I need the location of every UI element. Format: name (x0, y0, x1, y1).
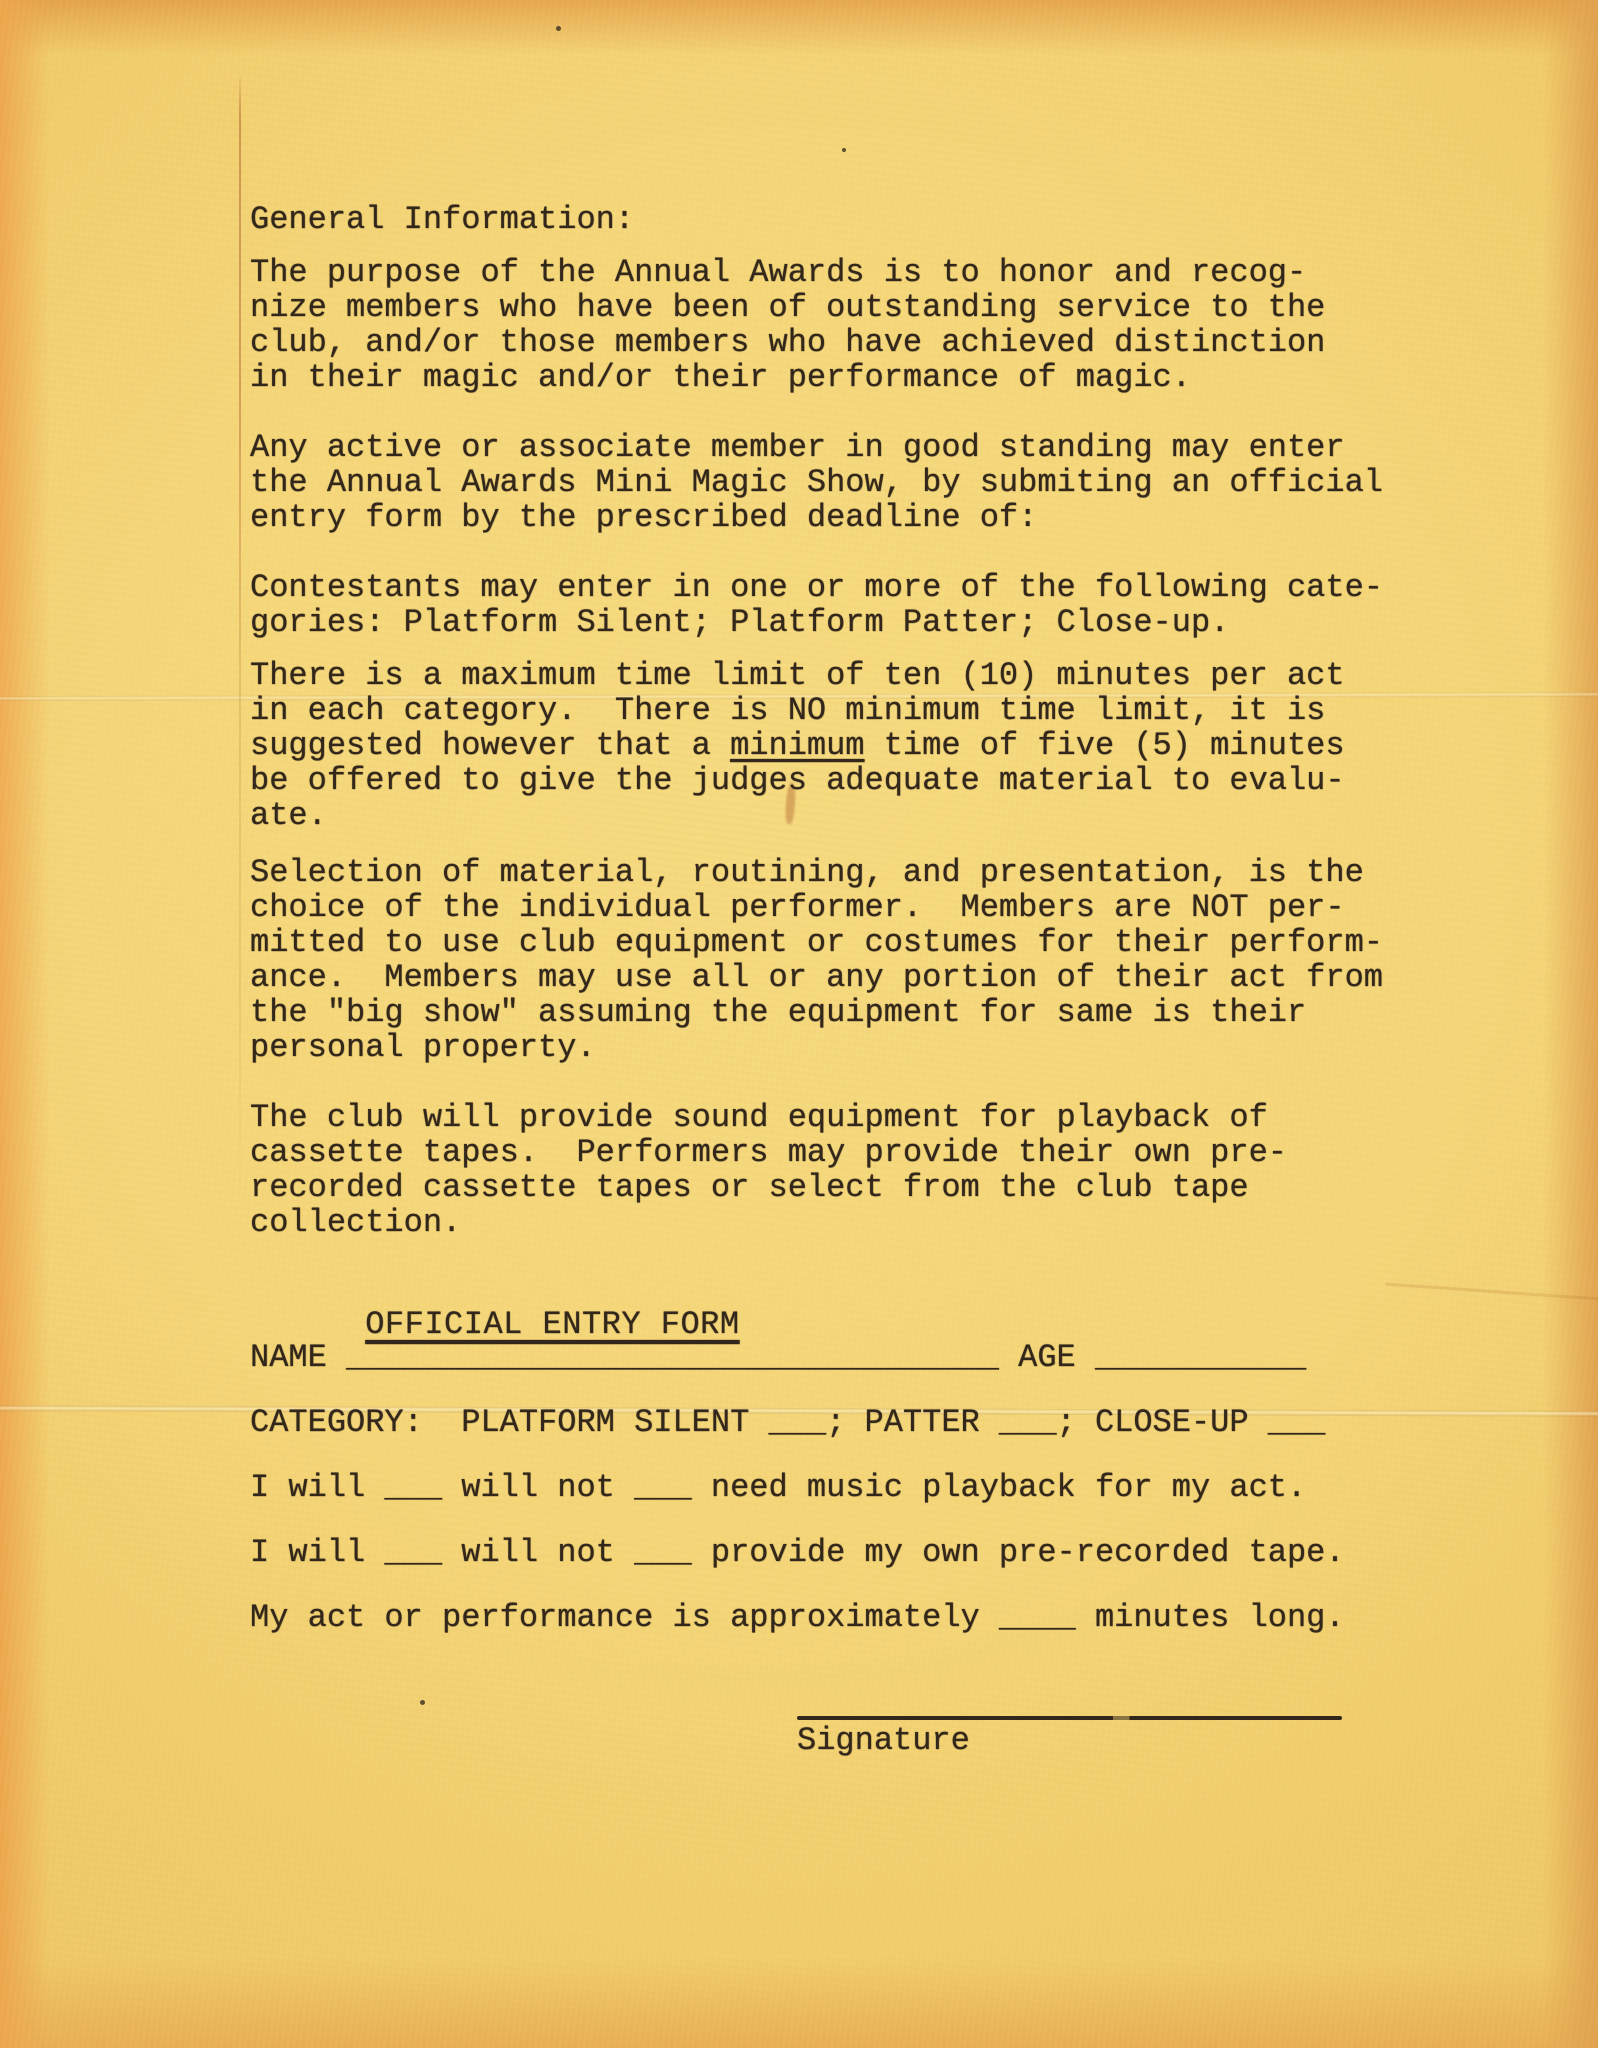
text-line: entry form by the prescribed deadline of… (250, 500, 1383, 535)
text-line: in each category. There is NO minimum ti… (250, 693, 1345, 728)
paragraph-sound-equipment: The club will provide sound equipment fo… (250, 1100, 1287, 1240)
text-line: be offered to give the judges adequate m… (250, 763, 1345, 798)
text-line: ance. Members may use all or any portion… (250, 960, 1383, 995)
text-line: gories: Platform Silent; Platform Patter… (250, 605, 1383, 640)
text-line: suggested however that a minimum time of… (250, 728, 1345, 763)
text-segment: I will (250, 1469, 384, 1506)
age-blank: ___________ (1095, 1339, 1306, 1376)
prerecorded-tape-line: I will ___ will not ___ provide my own p… (250, 1535, 1345, 1570)
text-line: personal property. (250, 1030, 1383, 1065)
text-segment: My act or performance is approximately (250, 1599, 999, 1636)
duration-blank: ____ (999, 1599, 1076, 1636)
text-line: the "big show" assuming the equipment fo… (250, 995, 1383, 1030)
text-line: mitted to use club equipment or costumes… (250, 925, 1383, 960)
text-line: Any active or associate member in good s… (250, 430, 1383, 465)
official-entry-form-title: OFFICIAL ENTRY FORM (365, 1306, 739, 1343)
music-playback-line: I will ___ will not ___ need music playb… (250, 1470, 1306, 1505)
text-line: The club will provide sound equipment fo… (250, 1100, 1287, 1135)
tape-will-not-blank: ___ (634, 1534, 692, 1571)
text-segment: will not (442, 1534, 634, 1571)
text-segment: time of five (5) minutes (865, 727, 1345, 764)
name-blank: __________________________________ (346, 1339, 999, 1376)
name-label: NAME (250, 1339, 346, 1376)
category-patter-label: ; PATTER (826, 1404, 999, 1441)
document-content: General Information: The purpose of the … (0, 0, 1598, 2048)
category-patter-blank: ___ (999, 1404, 1057, 1441)
text-line: recorded cassette tapes or select from t… (250, 1170, 1287, 1205)
tape-will-blank: ___ (384, 1534, 442, 1571)
text-line: Contestants may enter in one or more of … (250, 570, 1383, 605)
text-segment: will not (442, 1469, 634, 1506)
text-segment: I will (250, 1534, 384, 1571)
name-age-line: NAME __________________________________ … (250, 1340, 1306, 1375)
general-information-heading: General Information: (250, 202, 634, 237)
text-line: the Annual Awards Mini Magic Show, by su… (250, 465, 1383, 500)
category-line: CATEGORY: PLATFORM SILENT ___; PATTER __… (250, 1405, 1325, 1440)
text-line: cassette tapes. Performers may provide t… (250, 1135, 1287, 1170)
music-will-blank: ___ (384, 1469, 442, 1506)
text-line: nize members who have been of outstandin… (250, 290, 1325, 325)
signature-line (797, 1716, 1342, 1720)
paragraph-categories: Contestants may enter in one or more of … (250, 570, 1383, 640)
text-line: choice of the individual performer. Memb… (250, 890, 1383, 925)
underlined-word-minimum: minimum (730, 727, 864, 764)
paragraph-time-limit: There is a maximum time limit of ten (10… (250, 658, 1345, 833)
text-segment: suggested however that a (250, 727, 730, 764)
text-line: collection. (250, 1205, 1287, 1240)
act-duration-line: My act or performance is approximately _… (250, 1600, 1345, 1635)
text-line: club, and/or those members who have achi… (250, 325, 1325, 360)
paragraph-material: Selection of material, routining, and pr… (250, 855, 1383, 1065)
text-line: Selection of material, routining, and pr… (250, 855, 1383, 890)
paragraph-purpose: The purpose of the Annual Awards is to h… (250, 255, 1325, 395)
category-platform-silent-blank: ___ (768, 1404, 826, 1441)
signature-block: Signature (797, 1716, 1342, 1758)
text-line: There is a maximum time limit of ten (10… (250, 658, 1345, 693)
text-line: ate. (250, 798, 1345, 833)
text-segment: provide my own pre-recorded tape. (692, 1534, 1345, 1571)
text-line: in their magic and/or their performance … (250, 360, 1325, 395)
signature-label: Signature (797, 1723, 1342, 1758)
age-label: AGE (999, 1339, 1095, 1376)
category-closeup-blank: ___ (1268, 1404, 1326, 1441)
text-segment: need music playback for my act. (692, 1469, 1307, 1506)
music-will-not-blank: ___ (634, 1469, 692, 1506)
paragraph-eligibility: Any active or associate member in good s… (250, 430, 1383, 535)
text-segment: minutes long. (1076, 1599, 1345, 1636)
category-label: CATEGORY: PLATFORM SILENT (250, 1404, 768, 1441)
text-line: The purpose of the Annual Awards is to h… (250, 255, 1325, 290)
scanned-entry-form-page: General Information: The purpose of the … (0, 0, 1598, 2048)
category-closeup-label: ; CLOSE-UP (1057, 1404, 1268, 1441)
